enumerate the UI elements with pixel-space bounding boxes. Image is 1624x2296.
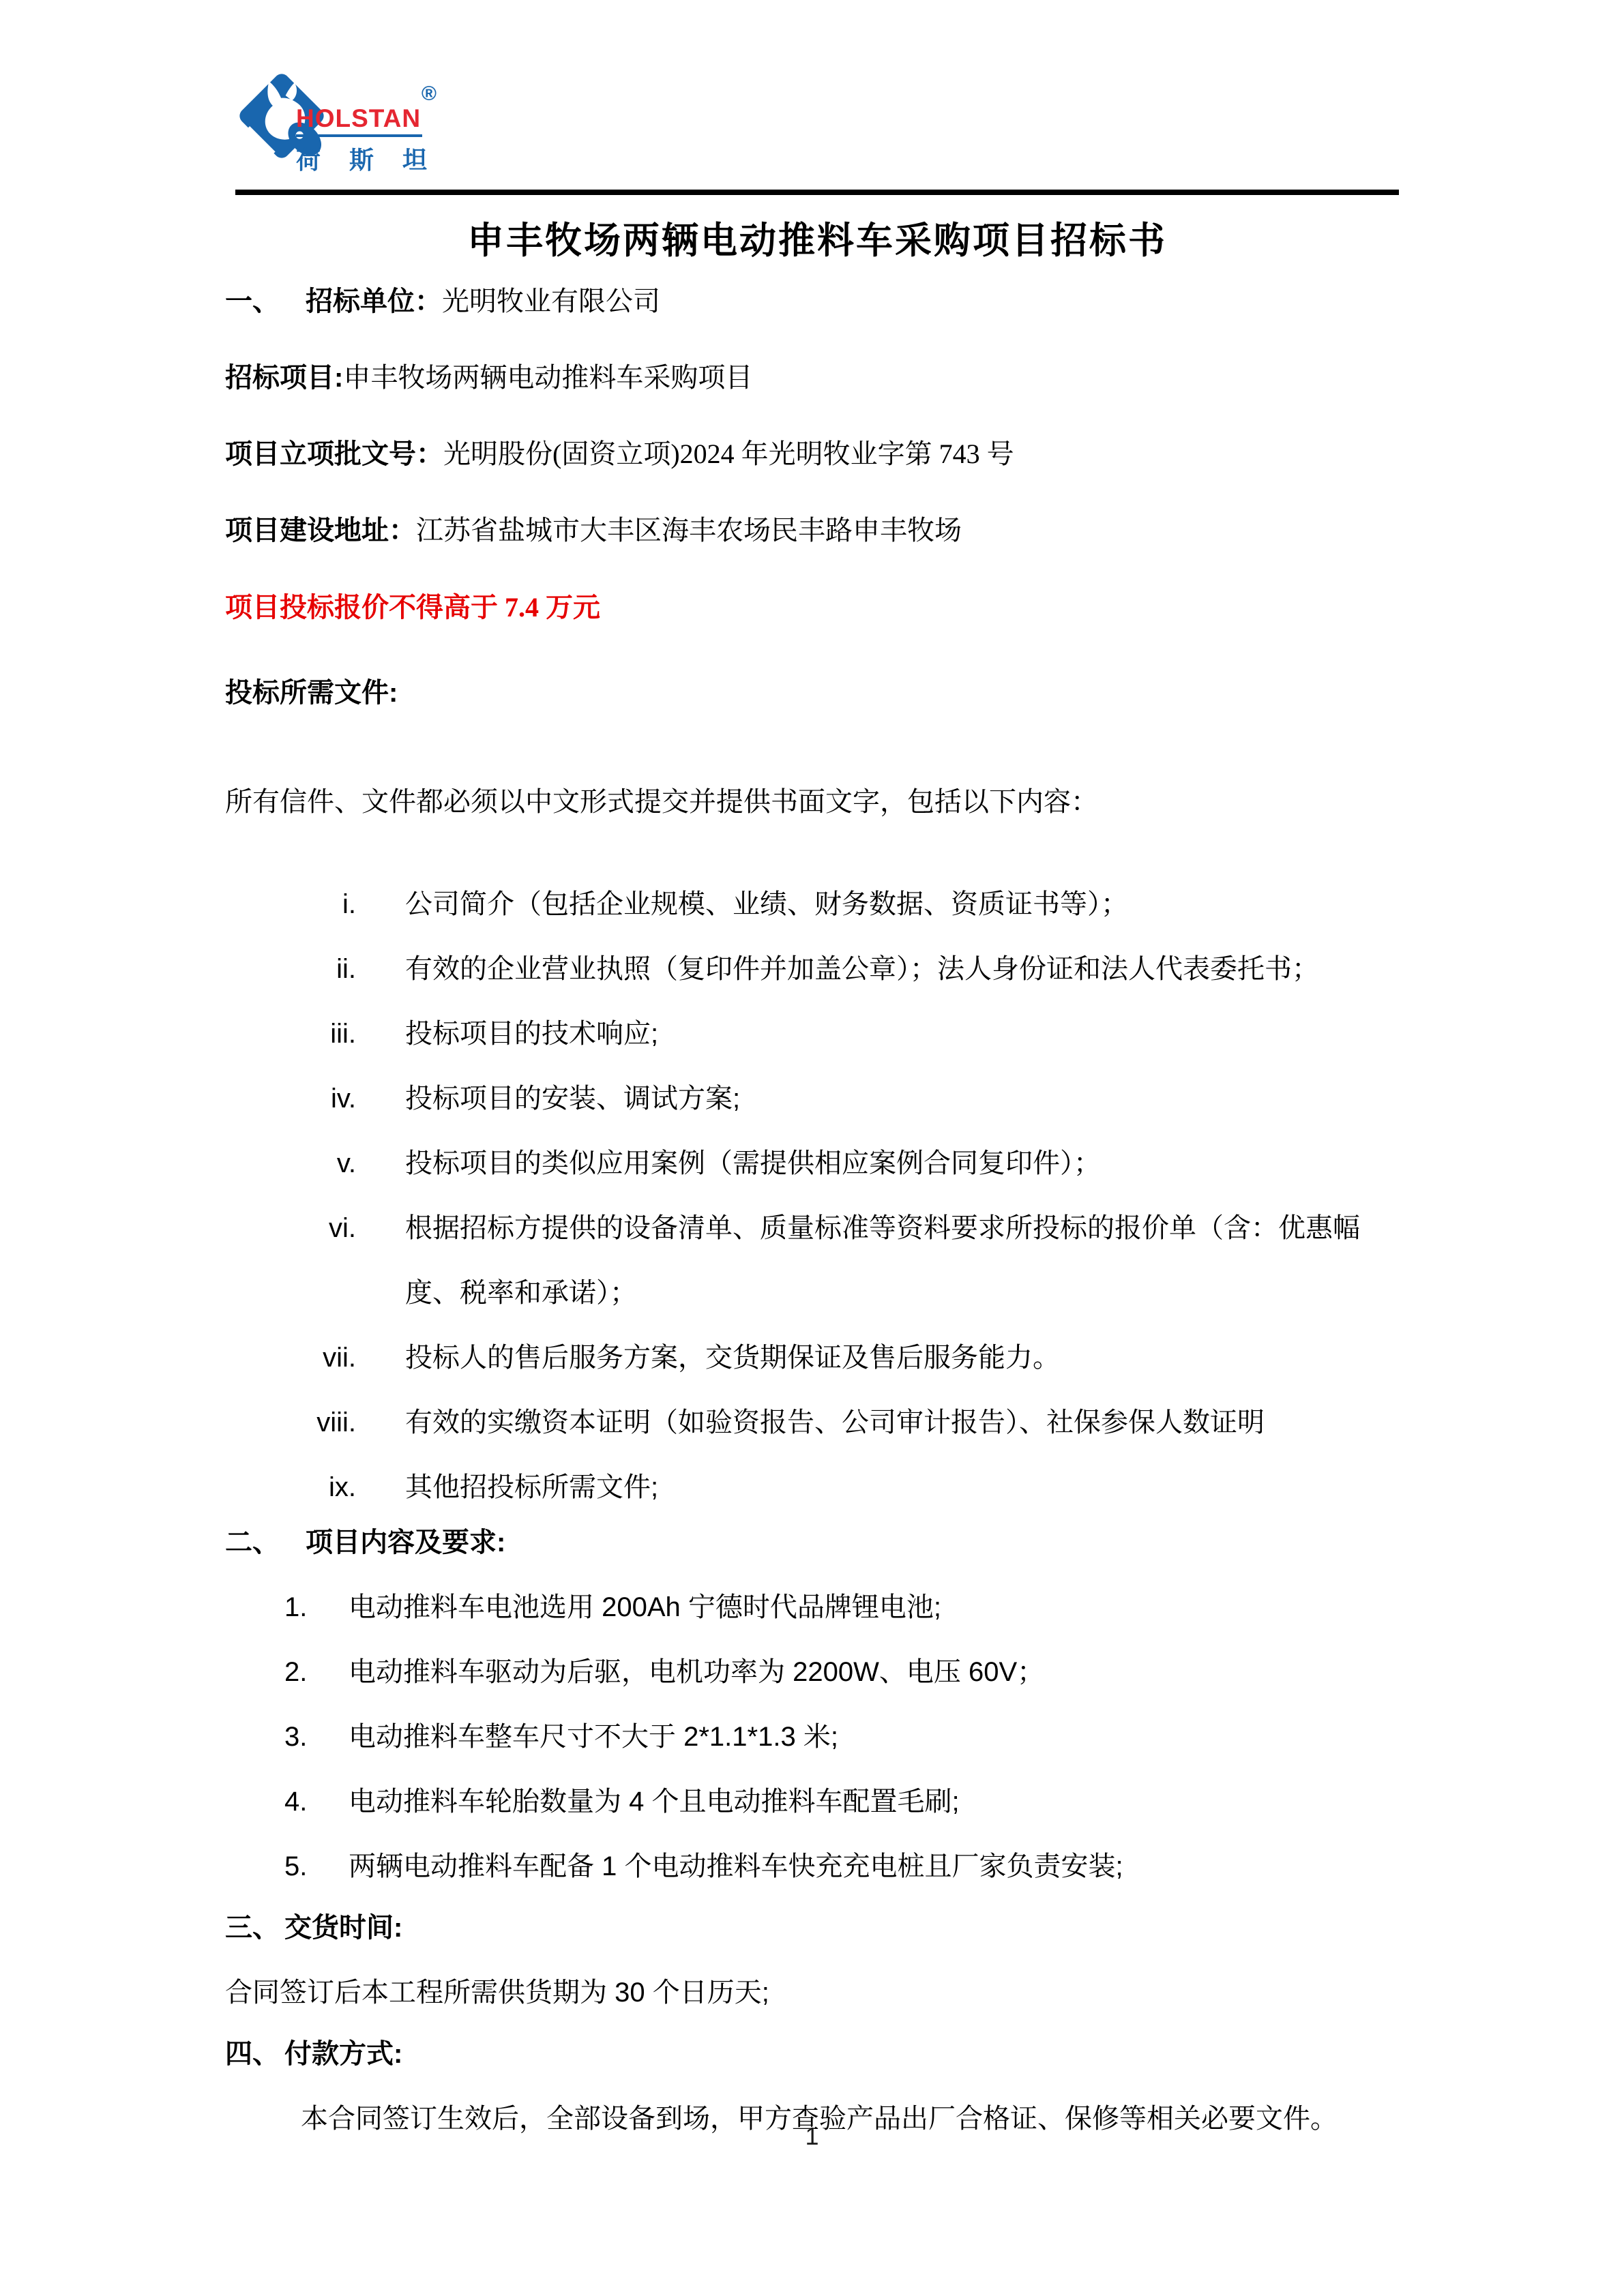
list-item-text: 有效的企业营业执照（复印件并加盖公章）；法人身份证和法人代表委托书； bbox=[405, 937, 1409, 1002]
list-item: 2.电动推料车驱动为后驱，电机功率为 2200W、电压 60V； bbox=[225, 1640, 1409, 1705]
tender-project-label: 招标项目: bbox=[225, 363, 343, 393]
list-item-text: 有效的实缴资本证明（如验资报告、公司审计报告）、社保参保人数证明 bbox=[405, 1390, 1409, 1455]
section3-heading: 三、交货时间: bbox=[225, 1896, 1409, 1960]
list-item: ii.有效的企业营业执照（复印件并加盖公章）；法人身份证和法人代表委托书； bbox=[225, 937, 1409, 1002]
list-item-text: 公司简介（包括企业规模、业绩、财务数据、资质证书等）； bbox=[405, 872, 1409, 937]
list-item: iv.投标项目的安装、调试方案; bbox=[225, 1067, 1409, 1131]
list-item-number: viii. bbox=[225, 1390, 356, 1455]
list-item-text: 电动推料车轮胎数量为 4 个且电动推料车配置毛刷; bbox=[349, 1770, 1409, 1834]
list-item-number: iii. bbox=[225, 1002, 356, 1067]
list-item-text: 投标项目的安装、调试方案; bbox=[405, 1067, 1409, 1131]
list-item-text: 电动推料车驱动为后驱，电机功率为 2200W、电压 60V； bbox=[349, 1640, 1409, 1705]
list-item: vii.投标人的售后服务方案，交货期保证及售后服务能力。 bbox=[225, 1326, 1409, 1390]
list-item-text: 电动推料车电池选用 200Ah 宁德时代品牌锂电池; bbox=[349, 1575, 1409, 1640]
price-limit-suffix: 万元 bbox=[546, 593, 600, 623]
list-item-number: iv. bbox=[225, 1067, 356, 1131]
document-title: 申丰牧场两辆电动推料车采购项目招标书 bbox=[225, 220, 1409, 262]
list-item-text: 两辆电动推料车配备 1 个电动推料车快充充电桩且厂家负责安装; bbox=[349, 1834, 1409, 1899]
documents-intro-paragraph: 所有信件、文件都必须以中文形式提交并提供书面文字，包括以下内容： bbox=[225, 785, 1409, 819]
section-number: 三、 bbox=[225, 1896, 284, 1960]
section3-label: 交货时间: bbox=[284, 1913, 402, 1943]
list-item-number: 3. bbox=[284, 1705, 325, 1770]
list-item-text: 投标项目的技术响应; bbox=[405, 1002, 1409, 1067]
list-item-text: 投标人的售后服务方案，交货期保证及售后服务能力。 bbox=[405, 1326, 1409, 1390]
section-number: 二、 bbox=[225, 1510, 306, 1575]
section2-heading: 二、项目内容及要求: bbox=[225, 1510, 1409, 1575]
list-item-number: v. bbox=[225, 1131, 356, 1196]
approval-number-row: 项目立项批文号：光明股份(固资立项)2024 年光明牧业字第 743 号 bbox=[225, 437, 1409, 471]
tender-project-row: 招标项目:申丰牧场两辆电动推料车采购项目 bbox=[225, 361, 1409, 395]
document-page: ® HOLSTAN 荷 斯 坦 申丰牧场两辆电动推料车采购项目招标书 一、招标单… bbox=[0, 0, 1624, 2296]
list-item: v.投标项目的类似应用案例（需提供相应案例合同复印件）； bbox=[225, 1131, 1409, 1196]
tender-unit-label: 招标单位： bbox=[306, 286, 442, 316]
company-logo: ® HOLSTAN 荷 斯 坦 bbox=[231, 65, 462, 170]
approval-number-value: 光明股份(固资立项)2024 年光明牧业字第 743 号 bbox=[443, 438, 1014, 469]
brand-name-cn: 荷 斯 坦 bbox=[296, 141, 453, 176]
list-item: 1.电动推料车电池选用 200Ah 宁德时代品牌锂电池; bbox=[225, 1575, 1409, 1640]
list-item-number: 2. bbox=[284, 1640, 325, 1705]
list-item-text: 电动推料车整车尺寸不大于 2*1.1*1.3 米; bbox=[349, 1705, 1409, 1770]
list-item-number: ii. bbox=[225, 937, 356, 1002]
list-item: iii.投标项目的技术响应; bbox=[225, 1002, 1409, 1067]
section2-label: 项目内容及要求: bbox=[306, 1527, 505, 1557]
price-limit-prefix: 项目投标报价不得高于 bbox=[225, 593, 498, 623]
page-content: ® HOLSTAN 荷 斯 坦 申丰牧场两辆电动推料车采购项目招标书 一、招标单… bbox=[225, 0, 1409, 2151]
list-item-text: 投标项目的类似应用案例（需提供相应案例合同复印件）； bbox=[405, 1131, 1409, 1196]
list-item: vi.根据招标方提供的设备清单、质量标准等资料要求所投标的报价单（含：优惠幅度、… bbox=[225, 1196, 1409, 1326]
required-documents-label: 投标所需文件: bbox=[225, 678, 398, 708]
project-requirements-list: 1.电动推料车电池选用 200Ah 宁德时代品牌锂电池; 2.电动推料车驱动为后… bbox=[225, 1575, 1409, 1899]
list-item-number: 4. bbox=[284, 1770, 325, 1834]
section4-heading: 四、付款方式: bbox=[225, 2022, 1409, 2087]
project-address-row: 项目建设地址：江苏省盐城市大丰区海丰农场民丰路申丰牧场 bbox=[225, 513, 1409, 548]
tender-project-value: 申丰牧场两辆电动推料车采购项目 bbox=[343, 363, 752, 393]
list-item-number: vi. bbox=[225, 1196, 356, 1326]
list-item: i.公司简介（包括企业规模、业绩、财务数据、资质证书等）； bbox=[225, 872, 1409, 937]
section-number: 四、 bbox=[225, 2022, 284, 2087]
logo-text-block: ® HOLSTAN 荷 斯 坦 bbox=[296, 104, 453, 176]
list-item: 4.电动推料车轮胎数量为 4 个且电动推料车配置毛刷; bbox=[225, 1770, 1409, 1834]
tender-unit-row: 一、招标单位：光明牧业有限公司 bbox=[225, 284, 1409, 318]
header-divider bbox=[235, 190, 1399, 195]
list-item-number: 5. bbox=[284, 1834, 325, 1899]
section-number: 一、 bbox=[225, 284, 306, 318]
list-item-text: 根据招标方提供的设备清单、质量标准等资料要求所投标的报价单（含：优惠幅度、税率和… bbox=[405, 1196, 1409, 1326]
section4-label: 付款方式: bbox=[284, 2039, 402, 2069]
required-documents-list: i.公司简介（包括企业规模、业绩、财务数据、资质证书等）； ii.有效的企业营业… bbox=[225, 872, 1409, 1520]
project-address-value: 江苏省盐城市大丰区海丰农场民丰路申丰牧场 bbox=[416, 515, 962, 546]
list-item-number: i. bbox=[225, 872, 356, 937]
required-documents-heading: 投标所需文件: bbox=[225, 676, 1409, 710]
brand-name-en: HOLSTAN bbox=[296, 104, 422, 137]
price-limit-notice: 项目投标报价不得高于 7.4 万元 bbox=[225, 591, 1409, 625]
tender-unit-value: 光明牧业有限公司 bbox=[442, 286, 660, 316]
page-number: 1 bbox=[0, 2122, 1624, 2151]
approval-number-label: 项目立项批文号： bbox=[225, 439, 443, 469]
registered-trademark-mark: ® bbox=[422, 83, 437, 106]
list-item: 5.两辆电动推料车配备 1 个电动推料车快充充电桩且厂家负责安装; bbox=[225, 1834, 1409, 1899]
list-item: 3.电动推料车整车尺寸不大于 2*1.1*1.3 米; bbox=[225, 1705, 1409, 1770]
price-limit-amount: 7.4 bbox=[498, 592, 546, 623]
delivery-time-paragraph: 合同签订后本工程所需供货期为 30 个日历天; bbox=[225, 1960, 1409, 2025]
project-address-label: 项目建设地址： bbox=[225, 516, 416, 546]
list-item-text: 其他招投标所需文件; bbox=[405, 1455, 1409, 1520]
list-item: viii.有效的实缴资本证明（如验资报告、公司审计报告）、社保参保人数证明 bbox=[225, 1390, 1409, 1455]
list-item-number: 1. bbox=[284, 1575, 325, 1640]
list-item-number: vii. bbox=[225, 1326, 356, 1390]
